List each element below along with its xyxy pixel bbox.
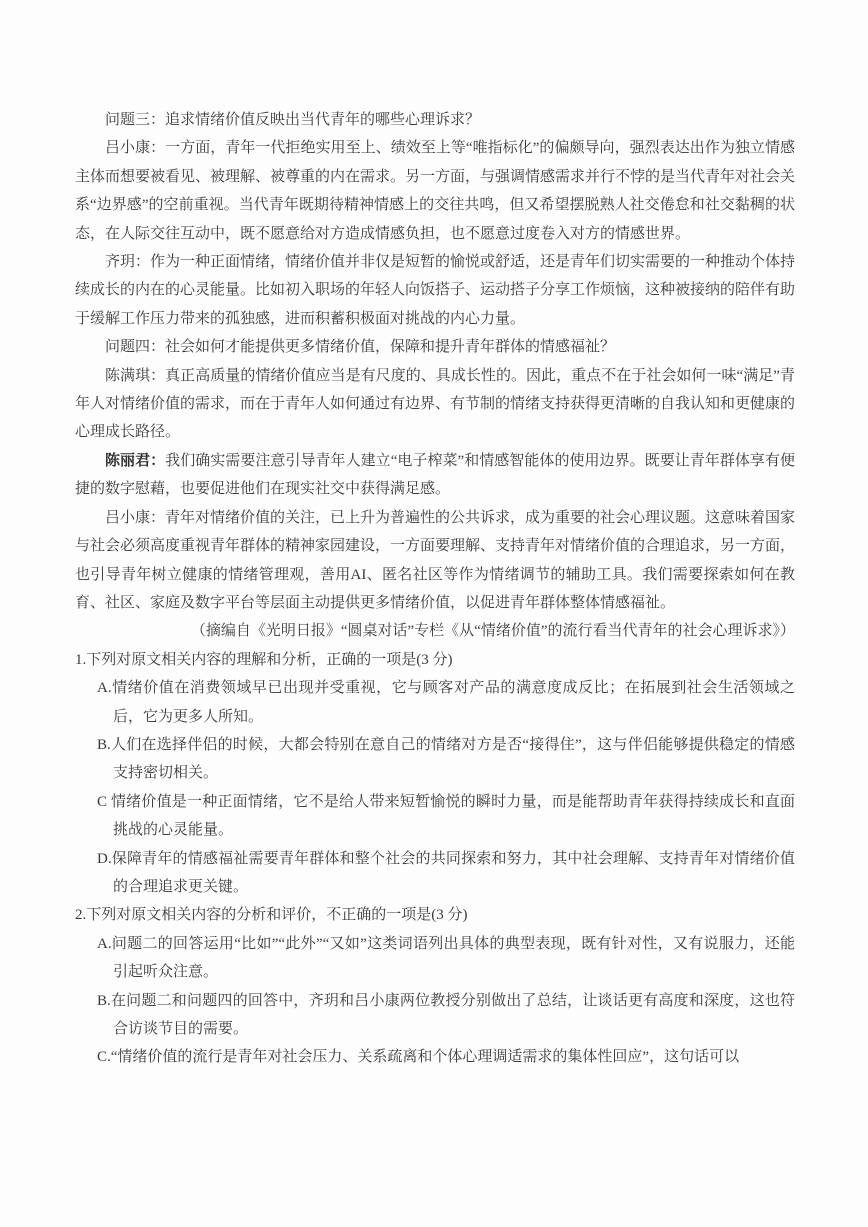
question-option: B.人们在选择伴侣的时候，大都会特别在意自己的情绪对方是否“接得住”，这与伴侣能…: [75, 731, 795, 788]
document-content: 问题三：追求情绪价值反映出当代青年的哪些心理诉求？吕小康：一方面，青年一代拒绝实…: [75, 106, 795, 1072]
option-text: 情绪价值在消费领域早已出现并受重视，它与顾客对产品的满意度成反比；在拓展到社会生…: [112, 680, 795, 724]
option-text: 保障青年的情感福祉需要青年群体和整个社会的共同探索和努力，其中社会理解、支持青年…: [112, 851, 795, 895]
paragraph-text: 问题三：追求情绪价值反映出当代青年的哪些心理诉求？: [105, 112, 480, 128]
passage-paragraph: 问题三：追求情绪价值反映出当代青年的哪些心理诉求？: [75, 106, 795, 134]
option-label: B.: [97, 737, 111, 753]
question-option: B.在问题二和问题四的回答中，齐玥和吕小康两位教授分别做出了总结，让谈话更有高度…: [75, 987, 795, 1044]
passage: 问题三：追求情绪价值反映出当代青年的哪些心理诉求？吕小康：一方面，青年一代拒绝实…: [75, 106, 795, 617]
question-stem: 2.下列对原文相关内容的分析和评价，不正确的一项是(3 分): [75, 901, 795, 929]
question-stem: 1.下列对原文相关内容的理解和分析，正确的一项是(3 分): [75, 646, 795, 674]
paragraph-text: 齐玥：作为一种正面情绪，情绪价值并非仅是短暂的愉悦或舒适，还是青年们切实需要的一…: [75, 254, 795, 327]
passage-paragraph: 吕小康：一方面，青年一代拒绝实用至上、绩效至上等“唯指标化”的偏颇导向，强烈表达…: [75, 134, 795, 248]
option-text: 问题二的回答运用“比如”“此外”“又如”这类词语列出具体的典型表现，既有针对性，…: [112, 936, 795, 980]
paragraph-text: 问题四：社会如何才能提供更多情绪价值，保障和提升青年群体的情感福祉？: [105, 339, 615, 355]
option-label: A.: [97, 680, 112, 696]
option-label: D.: [97, 851, 112, 867]
question-stem-text: 下列对原文相关内容的分析和评价，不正确的一项是(3 分): [86, 907, 467, 923]
option-text: 人们在选择伴侣的时候，大都会特别在意自己的情绪对方是否“接得住”，这与伴侣能够提…: [111, 737, 795, 781]
paragraph-text: 吕小康：一方面，青年一代拒绝实用至上、绩效至上等“唯指标化”的偏颇导向，强烈表达…: [75, 140, 795, 241]
question-option: A.问题二的回答运用“比如”“此外”“又如”这类词语列出具体的典型表现，既有针对…: [75, 930, 795, 987]
option-label: C.: [97, 1049, 111, 1065]
passage-paragraph: 问题四：社会如何才能提供更多情绪价值，保障和提升青年群体的情感福祉？: [75, 333, 795, 361]
passage-paragraph: 陈丽君：我们确实需要注意引导青年人建立“电子榨菜”和情感智能体的使用边界。既要让…: [75, 447, 795, 504]
question-option: D.保障青年的情感福祉需要青年群体和整个社会的共同探索和努力，其中社会理解、支持…: [75, 845, 795, 902]
passage-paragraph: 吕小康：青年对情绪价值的关注，已上升为普遍性的公共诉求，成为重要的社会心理议题。…: [75, 504, 795, 618]
question-number: 2.: [75, 907, 86, 923]
question-option: A.情绪价值在消费领域早已出现并受重视，它与顾客对产品的满意度成反比；在拓展到社…: [75, 674, 795, 731]
option-label: C: [97, 794, 111, 810]
passage-attribution: （摘编自《光明日报》“圆桌对话”专栏《从“情绪价值”的流行看当代青年的社会心理诉…: [75, 617, 795, 645]
passage-paragraph: 齐玥：作为一种正面情绪，情绪价值并非仅是短暂的愉悦或舒适，还是青年们切实需要的一…: [75, 248, 795, 333]
option-text: 在问题二和问题四的回答中，齐玥和吕小康两位教授分别做出了总结，让谈话更有高度和深…: [111, 993, 795, 1037]
paragraph-text: 我们确实需要注意引导青年人建立“电子榨菜”和情感智能体的使用边界。既要让青年群体…: [75, 453, 795, 497]
passage-paragraph: 陈满琪：真正高质量的情绪价值应当是有尺度的、具成长性的。因此，重点不在于社会如何…: [75, 362, 795, 447]
question-number: 1.: [75, 652, 86, 668]
question-option: C 情绪价值是一种正面情绪，它不是给人带来短暂愉悦的瞬时力量，而是能帮助青年获得…: [75, 788, 795, 845]
option-label: B.: [97, 993, 111, 1009]
option-label: A.: [97, 936, 112, 952]
question-option: C.“情绪价值的流行是青年对社会压力、关系疏离和个体心理调适需求的集体性回应”，…: [75, 1043, 795, 1071]
document-page: 问题三：追求情绪价值反映出当代青年的哪些心理诉求？吕小康：一方面，青年一代拒绝实…: [0, 0, 868, 1227]
question-stem-text: 下列对原文相关内容的理解和分析，正确的一项是(3 分): [86, 652, 452, 668]
paragraph-text: 吕小康：青年对情绪价值的关注，已上升为普遍性的公共诉求，成为重要的社会心理议题。…: [75, 510, 795, 611]
questions: 1.下列对原文相关内容的理解和分析，正确的一项是(3 分)A.情绪价值在消费领域…: [75, 646, 795, 1072]
option-text: “情绪价值的流行是青年对社会压力、关系疏离和个体心理调适需求的集体性回应”，这句…: [111, 1049, 739, 1065]
option-text: 情绪价值是一种正面情绪，它不是给人带来短暂愉悦的瞬时力量，而是能帮助青年获得持续…: [111, 794, 795, 838]
paragraph-text: 陈满琪：真正高质量的情绪价值应当是有尺度的、具成长性的。因此，重点不在于社会如何…: [75, 368, 795, 441]
speaker-name: 陈丽君：: [105, 453, 165, 469]
